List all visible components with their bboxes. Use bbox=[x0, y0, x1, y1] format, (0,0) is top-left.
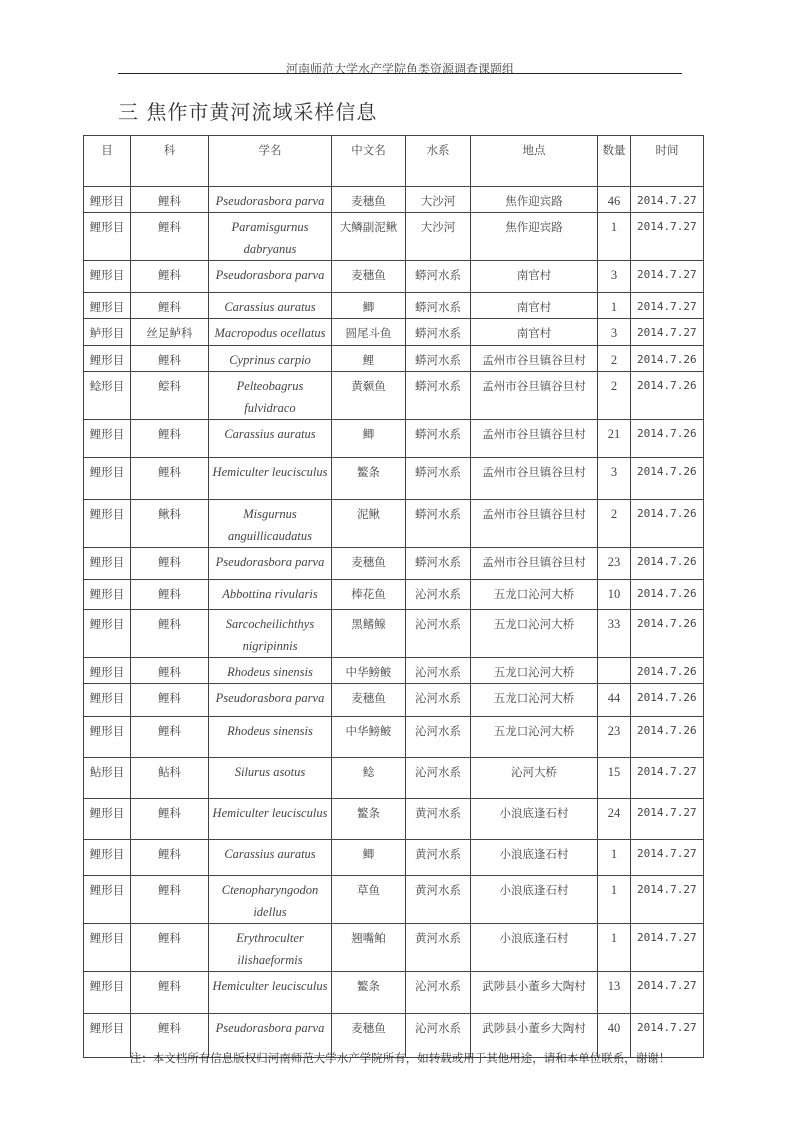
cell-order: 鲤形目 bbox=[84, 548, 131, 580]
table-row: 鲤形目鲤科Hemiculter leucisculus鳘条沁河水系武陟县小董乡大… bbox=[84, 972, 704, 1014]
cell-scientific-name: Pseudorasbora parva bbox=[209, 548, 332, 580]
cell-count: 2 bbox=[598, 372, 631, 420]
cell-scientific-name: Silurus asotus bbox=[209, 758, 332, 799]
cell-family: 鲤科 bbox=[131, 972, 209, 1014]
cell-scientific-name: Carassius auratus bbox=[209, 420, 332, 458]
cell-family: 鲤科 bbox=[131, 610, 209, 658]
cell-family: 鲿科 bbox=[131, 372, 209, 420]
cell-water-system: 黄河水系 bbox=[406, 876, 471, 924]
cell-order: 鲤形目 bbox=[84, 799, 131, 840]
cell-count: 1 bbox=[598, 876, 631, 924]
cell-family: 鲤科 bbox=[131, 293, 209, 319]
cell-water-system: 黄河水系 bbox=[406, 924, 471, 972]
cell-count: 2 bbox=[598, 346, 631, 372]
cell-chinese-name: 鲫 bbox=[332, 420, 406, 458]
cell-date: 2014.7.27 bbox=[631, 799, 704, 840]
table-row: 鲤形目鲤科Carassius auratus鲫蟒河水系南官村12014.7.27 bbox=[84, 293, 704, 319]
copyright-note: 注：本文档所有信息版权归河南师范大学水产学院所有，如转载或用于其他用途，请和本单… bbox=[0, 1050, 800, 1066]
cell-date: 2014.7.27 bbox=[631, 876, 704, 924]
cell-family: 鳅科 bbox=[131, 500, 209, 548]
cell-family: 鲤科 bbox=[131, 684, 209, 717]
cell-count: 1 bbox=[598, 293, 631, 319]
cell-location: 南官村 bbox=[471, 293, 598, 319]
cell-family: 鲤科 bbox=[131, 717, 209, 758]
cell-water-system: 沁河水系 bbox=[406, 658, 471, 684]
cell-location: 五龙口沁河大桥 bbox=[471, 580, 598, 610]
cell-order: 鲤形目 bbox=[84, 684, 131, 717]
cell-date: 2014.7.26 bbox=[631, 684, 704, 717]
cell-count: 3 bbox=[598, 458, 631, 500]
section-title: 三 焦作市黄河流域采样信息 bbox=[118, 96, 377, 125]
cell-water-system: 沁河水系 bbox=[406, 717, 471, 758]
cell-water-system: 蟒河水系 bbox=[406, 346, 471, 372]
cell-date: 2014.7.26 bbox=[631, 658, 704, 684]
cell-chinese-name: 麦穗鱼 bbox=[332, 548, 406, 580]
cell-order: 鲤形目 bbox=[84, 610, 131, 658]
table-row: 鲤形目鲤科Pseudorasbora parva麦穗鱼蟒河水系南官村32014.… bbox=[84, 261, 704, 293]
cell-date: 2014.7.27 bbox=[631, 758, 704, 799]
cell-order: 鲤形目 bbox=[84, 972, 131, 1014]
cell-water-system: 沁河水系 bbox=[406, 580, 471, 610]
cell-chinese-name: 中华鳑鲏 bbox=[332, 717, 406, 758]
cell-date: 2014.7.27 bbox=[631, 187, 704, 213]
cell-date: 2014.7.27 bbox=[631, 213, 704, 261]
table-row: 鲤形目鲤科Sarcocheilichthys nigripinnis黑鳍鳈沁河水… bbox=[84, 610, 704, 658]
cell-water-system: 蟒河水系 bbox=[406, 500, 471, 548]
cell-count: 15 bbox=[598, 758, 631, 799]
cell-date: 2014.7.26 bbox=[631, 500, 704, 548]
cell-water-system: 蟒河水系 bbox=[406, 261, 471, 293]
cell-scientific-name: Pseudorasbora parva bbox=[209, 187, 332, 213]
cell-order: 鲤形目 bbox=[84, 717, 131, 758]
cell-date: 2014.7.27 bbox=[631, 840, 704, 876]
cell-date: 2014.7.27 bbox=[631, 293, 704, 319]
cell-family: 鲤科 bbox=[131, 261, 209, 293]
cell-date: 2014.7.26 bbox=[631, 580, 704, 610]
cell-chinese-name: 鳘条 bbox=[332, 458, 406, 500]
cell-order: 鲤形目 bbox=[84, 840, 131, 876]
col-header-scientific-name: 学名 bbox=[209, 136, 332, 187]
cell-family: 鲤科 bbox=[131, 840, 209, 876]
cell-date: 2014.7.27 bbox=[631, 924, 704, 972]
header-rule bbox=[118, 73, 682, 74]
cell-count: 23 bbox=[598, 548, 631, 580]
cell-count: 1 bbox=[598, 213, 631, 261]
cell-family: 鲤科 bbox=[131, 876, 209, 924]
cell-date: 2014.7.27 bbox=[631, 319, 704, 346]
cell-scientific-name: Erythroculter ilishaeformis bbox=[209, 924, 332, 972]
cell-water-system: 沁河水系 bbox=[406, 610, 471, 658]
cell-water-system: 蟒河水系 bbox=[406, 372, 471, 420]
cell-scientific-name: Pseudorasbora parva bbox=[209, 261, 332, 293]
cell-count: 3 bbox=[598, 319, 631, 346]
cell-order: 鲤形目 bbox=[84, 293, 131, 319]
cell-scientific-name: Hemiculter leucisculus bbox=[209, 458, 332, 500]
table-row: 鲤形目鳅科Misgurnus anguillicaudatus泥鳅蟒河水系孟州市… bbox=[84, 500, 704, 548]
cell-family: 鲤科 bbox=[131, 213, 209, 261]
cell-chinese-name: 麦穗鱼 bbox=[332, 684, 406, 717]
cell-scientific-name: Pseudorasbora parva bbox=[209, 684, 332, 717]
cell-order: 鲤形目 bbox=[84, 458, 131, 500]
cell-scientific-name: Paramisgurnus dabryanus bbox=[209, 213, 332, 261]
cell-water-system: 蟒河水系 bbox=[406, 293, 471, 319]
col-header-family: 科 bbox=[131, 136, 209, 187]
cell-scientific-name: Carassius auratus bbox=[209, 840, 332, 876]
cell-scientific-name: Macropodus ocellatus bbox=[209, 319, 332, 346]
table-row: 鲤形目鲤科Rhodeus sinensis中华鳑鲏沁河水系五龙口沁河大桥2014… bbox=[84, 658, 704, 684]
cell-order: 鲤形目 bbox=[84, 580, 131, 610]
cell-scientific-name: Abbottina rivularis bbox=[209, 580, 332, 610]
cell-family: 鲤科 bbox=[131, 420, 209, 458]
table-row: 鲤形目鲤科Pseudorasbora parva麦穗鱼大沙河焦作迎宾路46201… bbox=[84, 187, 704, 213]
cell-chinese-name: 中华鳑鲏 bbox=[332, 658, 406, 684]
cell-water-system: 蟒河水系 bbox=[406, 420, 471, 458]
cell-family: 鲤科 bbox=[131, 458, 209, 500]
cell-chinese-name: 鲶 bbox=[332, 758, 406, 799]
cell-order: 鲤形目 bbox=[84, 420, 131, 458]
col-header-location: 地点 bbox=[471, 136, 598, 187]
cell-chinese-name: 鳘条 bbox=[332, 972, 406, 1014]
cell-count bbox=[598, 658, 631, 684]
cell-location: 沁河大桥 bbox=[471, 758, 598, 799]
cell-order: 鲤形目 bbox=[84, 924, 131, 972]
cell-location: 小浪底逢石村 bbox=[471, 924, 598, 972]
col-header-count: 数量 bbox=[598, 136, 631, 187]
table-row: 鲤形目鲤科Pseudorasbora parva麦穗鱼沁河水系五龙口沁河大桥44… bbox=[84, 684, 704, 717]
cell-scientific-name: Hemiculter leucisculus bbox=[209, 972, 332, 1014]
cell-water-system: 蟒河水系 bbox=[406, 548, 471, 580]
cell-scientific-name: Rhodeus sinensis bbox=[209, 717, 332, 758]
col-header-water-system: 水系 bbox=[406, 136, 471, 187]
cell-order: 鲤形目 bbox=[84, 261, 131, 293]
cell-count: 46 bbox=[598, 187, 631, 213]
cell-location: 孟州市谷旦镇谷旦村 bbox=[471, 500, 598, 548]
cell-order: 鲤形目 bbox=[84, 658, 131, 684]
cell-chinese-name: 棒花鱼 bbox=[332, 580, 406, 610]
cell-family: 鲤科 bbox=[131, 346, 209, 372]
cell-family: 鲤科 bbox=[131, 187, 209, 213]
cell-date: 2014.7.26 bbox=[631, 372, 704, 420]
cell-scientific-name: Cyprinus carpio bbox=[209, 346, 332, 372]
cell-date: 2014.7.26 bbox=[631, 610, 704, 658]
cell-location: 小浪底逢石村 bbox=[471, 876, 598, 924]
table-row: 鲤形目鲤科Erythroculter ilishaeformis翘嘴鲌黄河水系小… bbox=[84, 924, 704, 972]
table-row: 鲈形目丝足鲈科Macropodus ocellatus圆尾斗鱼蟒河水系南官村32… bbox=[84, 319, 704, 346]
cell-date: 2014.7.26 bbox=[631, 346, 704, 372]
cell-location: 孟州市谷旦镇谷旦村 bbox=[471, 372, 598, 420]
cell-count: 3 bbox=[598, 261, 631, 293]
table-row: 鲤形目鲤科Paramisgurnus dabryanus大鳞副泥鳅大沙河焦作迎宾… bbox=[84, 213, 704, 261]
page-header: 河南师范大学水产学院鱼类资源调查课题组 bbox=[0, 60, 800, 77]
cell-chinese-name: 鲫 bbox=[332, 293, 406, 319]
cell-location: 小浪底逢石村 bbox=[471, 840, 598, 876]
cell-order: 鲤形目 bbox=[84, 346, 131, 372]
cell-order: 鲶形目 bbox=[84, 372, 131, 420]
cell-water-system: 黄河水系 bbox=[406, 799, 471, 840]
cell-water-system: 大沙河 bbox=[406, 213, 471, 261]
cell-location: 南官村 bbox=[471, 261, 598, 293]
table-body: 鲤形目鲤科Pseudorasbora parva麦穗鱼大沙河焦作迎宾路46201… bbox=[84, 187, 704, 1058]
cell-count: 1 bbox=[598, 840, 631, 876]
sampling-table: 目 科 学名 中文名 水系 地点 数量 时间 鲤形目鲤科Pseudorasbor… bbox=[83, 135, 704, 1058]
cell-water-system: 沁河水系 bbox=[406, 972, 471, 1014]
cell-order: 鲤形目 bbox=[84, 876, 131, 924]
cell-order: 鲤形目 bbox=[84, 213, 131, 261]
cell-chinese-name: 鲤 bbox=[332, 346, 406, 372]
cell-water-system: 蟒河水系 bbox=[406, 319, 471, 346]
cell-scientific-name: Hemiculter leucisculus bbox=[209, 799, 332, 840]
table-row: 鲤形目鲤科Pseudorasbora parva麦穗鱼蟒河水系孟州市谷旦镇谷旦村… bbox=[84, 548, 704, 580]
table-row: 鲤形目鲤科Rhodeus sinensis中华鳑鲏沁河水系五龙口沁河大桥2320… bbox=[84, 717, 704, 758]
cell-family: 鲤科 bbox=[131, 658, 209, 684]
col-header-chinese-name: 中文名 bbox=[332, 136, 406, 187]
cell-family: 鲤科 bbox=[131, 924, 209, 972]
cell-location: 小浪底逢石村 bbox=[471, 799, 598, 840]
cell-order: 鲤形目 bbox=[84, 500, 131, 548]
cell-count: 33 bbox=[598, 610, 631, 658]
cell-family: 鲇科 bbox=[131, 758, 209, 799]
cell-family: 鲤科 bbox=[131, 799, 209, 840]
col-header-order: 目 bbox=[84, 136, 131, 187]
cell-location: 孟州市谷旦镇谷旦村 bbox=[471, 548, 598, 580]
cell-count: 13 bbox=[598, 972, 631, 1014]
cell-order: 鲤形目 bbox=[84, 187, 131, 213]
cell-chinese-name: 麦穗鱼 bbox=[332, 187, 406, 213]
cell-chinese-name: 翘嘴鲌 bbox=[332, 924, 406, 972]
cell-family: 鲤科 bbox=[131, 548, 209, 580]
cell-date: 2014.7.26 bbox=[631, 717, 704, 758]
cell-count: 21 bbox=[598, 420, 631, 458]
cell-scientific-name: Carassius auratus bbox=[209, 293, 332, 319]
cell-scientific-name: Rhodeus sinensis bbox=[209, 658, 332, 684]
cell-chinese-name: 黄颡鱼 bbox=[332, 372, 406, 420]
cell-count: 44 bbox=[598, 684, 631, 717]
cell-location: 孟州市谷旦镇谷旦村 bbox=[471, 458, 598, 500]
cell-water-system: 大沙河 bbox=[406, 187, 471, 213]
cell-chinese-name: 鳘条 bbox=[332, 799, 406, 840]
cell-chinese-name: 鲫 bbox=[332, 840, 406, 876]
cell-order: 鲈形目 bbox=[84, 319, 131, 346]
cell-order: 鲇形目 bbox=[84, 758, 131, 799]
cell-location: 五龙口沁河大桥 bbox=[471, 717, 598, 758]
col-header-date: 时间 bbox=[631, 136, 704, 187]
table-row: 鲤形目鲤科Ctenopharyngodon idellus草鱼黄河水系小浪底逢石… bbox=[84, 876, 704, 924]
table-row: 鲶形目鲿科Pelteobagrus fulvidraco黄颡鱼蟒河水系孟州市谷旦… bbox=[84, 372, 704, 420]
cell-water-system: 沁河水系 bbox=[406, 758, 471, 799]
cell-water-system: 黄河水系 bbox=[406, 840, 471, 876]
table-row: 鲇形目鲇科Silurus asotus鲶沁河水系沁河大桥152014.7.27 bbox=[84, 758, 704, 799]
cell-count: 2 bbox=[598, 500, 631, 548]
cell-scientific-name: Sarcocheilichthys nigripinnis bbox=[209, 610, 332, 658]
cell-location: 孟州市谷旦镇谷旦村 bbox=[471, 346, 598, 372]
cell-count: 24 bbox=[598, 799, 631, 840]
cell-location: 五龙口沁河大桥 bbox=[471, 610, 598, 658]
cell-count: 23 bbox=[598, 717, 631, 758]
cell-location: 焦作迎宾路 bbox=[471, 187, 598, 213]
table-header-row: 目 科 学名 中文名 水系 地点 数量 时间 bbox=[84, 136, 704, 187]
cell-chinese-name: 草鱼 bbox=[332, 876, 406, 924]
cell-date: 2014.7.26 bbox=[631, 458, 704, 500]
cell-water-system: 蟒河水系 bbox=[406, 458, 471, 500]
cell-scientific-name: Pelteobagrus fulvidraco bbox=[209, 372, 332, 420]
table-row: 鲤形目鲤科Hemiculter leucisculus鳘条蟒河水系孟州市谷旦镇谷… bbox=[84, 458, 704, 500]
cell-scientific-name: Ctenopharyngodon idellus bbox=[209, 876, 332, 924]
cell-location: 焦作迎宾路 bbox=[471, 213, 598, 261]
table-row: 鲤形目鲤科Carassius auratus鲫蟒河水系孟州市谷旦镇谷旦村2120… bbox=[84, 420, 704, 458]
cell-chinese-name: 大鳞副泥鳅 bbox=[332, 213, 406, 261]
cell-date: 2014.7.27 bbox=[631, 972, 704, 1014]
cell-count: 10 bbox=[598, 580, 631, 610]
cell-date: 2014.7.26 bbox=[631, 548, 704, 580]
cell-chinese-name: 圆尾斗鱼 bbox=[332, 319, 406, 346]
cell-location: 南官村 bbox=[471, 319, 598, 346]
cell-family: 鲤科 bbox=[131, 580, 209, 610]
cell-chinese-name: 黑鳍鳈 bbox=[332, 610, 406, 658]
table-row: 鲤形目鲤科Carassius auratus鲫黄河水系小浪底逢石村12014.7… bbox=[84, 840, 704, 876]
cell-location: 五龙口沁河大桥 bbox=[471, 684, 598, 717]
cell-location: 武陟县小董乡大陶村 bbox=[471, 972, 598, 1014]
cell-chinese-name: 泥鳅 bbox=[332, 500, 406, 548]
cell-location: 孟州市谷旦镇谷旦村 bbox=[471, 420, 598, 458]
cell-date: 2014.7.27 bbox=[631, 261, 704, 293]
cell-date: 2014.7.26 bbox=[631, 420, 704, 458]
cell-chinese-name: 麦穗鱼 bbox=[332, 261, 406, 293]
cell-scientific-name: Misgurnus anguillicaudatus bbox=[209, 500, 332, 548]
table-row: 鲤形目鲤科Cyprinus carpio鲤蟒河水系孟州市谷旦镇谷旦村22014.… bbox=[84, 346, 704, 372]
table-row: 鲤形目鲤科Abbottina rivularis棒花鱼沁河水系五龙口沁河大桥10… bbox=[84, 580, 704, 610]
cell-count: 1 bbox=[598, 924, 631, 972]
cell-water-system: 沁河水系 bbox=[406, 684, 471, 717]
cell-location: 五龙口沁河大桥 bbox=[471, 658, 598, 684]
table-row: 鲤形目鲤科Hemiculter leucisculus鳘条黄河水系小浪底逢石村2… bbox=[84, 799, 704, 840]
cell-family: 丝足鲈科 bbox=[131, 319, 209, 346]
